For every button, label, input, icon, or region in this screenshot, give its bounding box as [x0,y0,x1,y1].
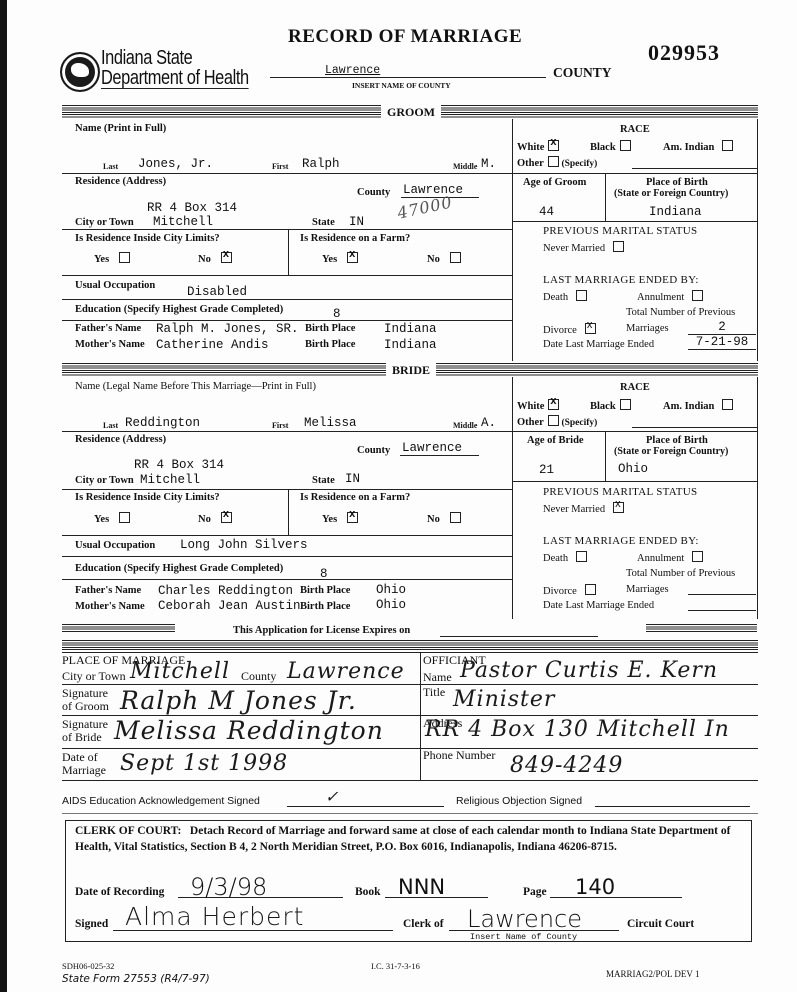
bride-education-label: Education (Specify Highest Grade Complet… [75,563,283,574]
checkbox-checked[interactable] [585,323,596,334]
divider [62,489,512,490]
bride-city-label: City or Town [75,475,134,486]
bride-race-white[interactable]: White [517,399,559,412]
divider [605,431,606,481]
aids-ack-label: AIDS Education Acknowledgement Signed [62,795,260,807]
bride-age[interactable]: 21 [539,463,554,477]
bride-mother-label: Mother's Name [75,601,145,612]
groom-death[interactable]: Death [543,290,587,303]
checkbox[interactable] [692,290,703,301]
groom-father-bp-label: Birth Place [305,323,355,334]
officiant-phone[interactable]: 849-4249 [510,753,623,778]
groom-address[interactable]: RR 4 Box 314 [147,201,237,215]
bride-first-name[interactable]: Melissa [304,416,357,430]
officiant-title[interactable]: Minister [453,687,555,712]
officiant-name[interactable]: Pastor Curtis E. Kern [460,658,718,683]
ceremony-county[interactable]: Lawrence [287,659,405,684]
ceremony-county-label: County [241,669,276,684]
checkbox-checked[interactable] [548,399,559,410]
ic-reference: I.C. 31-7-3-16 [371,961,420,971]
groom-city-limits-no[interactable]: No [198,252,232,265]
divider [62,535,512,536]
bride-first-label: First [272,421,288,430]
bride-farm-no[interactable]: No [427,512,461,525]
groom-father[interactable]: Ralph M. Jones, SR. [156,322,299,336]
bride-race-black[interactable]: Black [590,399,631,412]
recording-date[interactable]: 9/3/98 [190,873,267,901]
groom-city-label: City or Town [75,217,134,228]
bride-race-other[interactable]: Other (Specify) [517,415,597,428]
bride-mother-bp-label: Birth Place [300,601,350,612]
groom-mother-bp[interactable]: Indiana [384,338,437,352]
book-label: Book [355,886,381,898]
bride-last-label: Last [103,421,118,430]
checkbox[interactable] [450,252,461,263]
groom-county-label: County [357,187,390,198]
divider [62,431,512,432]
checkbox-checked[interactable] [548,140,559,151]
dev-reference: MARRIAG2/POL DEV 1 [606,969,700,979]
groom-education[interactable]: 8 [333,307,341,321]
bride-name-label: Name (Legal Name Before This Marriage—Pr… [75,381,316,392]
book-value[interactable]: NNN [398,875,445,899]
bride-middle-label: Middle [453,421,477,430]
bride-county[interactable]: Lawrence [400,441,479,456]
ceremony-city-label: City or Town [62,669,126,684]
divider [420,684,758,685]
officiant-phone-label: Phone Number [423,748,495,763]
divider [512,173,757,174]
bride-city-limits-label: Is Residence Inside City Limits? [75,492,220,503]
aids-ack-line [287,806,444,807]
divider [62,556,512,557]
groom-race-black[interactable]: Black [590,140,631,153]
groom-date-last[interactable]: 7-21-98 [688,335,756,350]
county-label: COUNTY [553,65,612,81]
page-label: Page [523,886,547,898]
bride-never-married[interactable]: Never Married [543,502,624,515]
bride-state-label: State [312,475,335,486]
checkbox[interactable] [585,584,596,595]
bride-marriages-label: Marriages [626,584,669,595]
groom-occupation-label: Usual Occupation [75,280,155,291]
groom-section-title: GROOM [381,105,441,119]
divider [62,579,512,580]
race-specify-line [632,168,757,169]
groom-age[interactable]: 44 [539,205,554,219]
bride-annulment[interactable]: Annulment [637,551,703,564]
groom-farm-yes[interactable]: Yes [322,252,358,265]
groom-race-other[interactable]: Other (Specify) [517,156,597,169]
bride-marriages[interactable] [688,594,756,595]
bride-age-label: Age of Bride [527,435,584,446]
groom-occupation[interactable]: Disabled [187,285,247,299]
groom-signature-label: Signatureof Groom [62,687,109,713]
divider [62,299,512,300]
bride-occupation-label: Usual Occupation [75,540,155,551]
groom-farm-label: Is Residence on a Farm? [300,233,410,244]
county-value: Lawrence [325,64,380,77]
divider [62,780,420,781]
checkbox-checked[interactable] [221,512,232,523]
county-hint: INSERT NAME OF COUNTY [352,81,451,90]
groom-last-name[interactable]: Jones, Jr. [138,157,213,171]
checkbox-checked[interactable] [347,252,358,263]
bride-residence-label: Residence (Address) [75,434,166,445]
divider [62,173,512,174]
bride-city-limits-no[interactable]: No [198,512,232,525]
county-line [270,65,546,78]
groom-race-amindian[interactable]: Am. Indian [663,140,733,153]
bride-father-label: Father's Name [75,585,141,596]
groom-mother-label: Mother's Name [75,339,145,350]
religious-objection-line[interactable] [595,806,750,807]
groom-city-limits-label: Is Residence Inside City Limits? [75,233,220,244]
bride-last-ended-label: LAST MARRIAGE ENDED BY: [543,535,699,547]
groom-pob-hint: (State or Foreign Country) [614,188,728,199]
page-line [550,897,682,898]
groom-race-white[interactable]: White [517,140,559,153]
divider [512,431,757,432]
divider [512,481,757,482]
agency-line-1: Indiana State [101,48,249,68]
groom-farm-no[interactable]: No [427,252,461,265]
groom-first-label: First [272,162,288,171]
groom-residence-label: Residence (Address) [75,176,166,187]
divider [62,275,512,276]
checkbox[interactable] [620,140,631,151]
scan-edge [0,0,7,992]
groom-divider [512,119,513,361]
bride-occupation[interactable]: Long John Silvers [180,538,308,552]
checkbox[interactable] [576,551,587,562]
bride-death[interactable]: Death [543,551,587,564]
divider [420,652,421,781]
clerk-of-county[interactable]: Lawrence [467,905,582,933]
clerk-of-hint: Insert Name of County [470,932,577,942]
clerk-signature[interactable]: Alma Herbert [125,902,304,931]
ruled-bar [62,624,175,633]
groom-date-last-label: Date Last Marriage Ended [543,339,654,350]
bride-section-title: BRIDE [386,363,436,377]
bride-mother-bp[interactable]: Ohio [376,598,406,612]
bride-signature[interactable]: Melissa Reddington [114,716,384,745]
agency-line-2: Department of Health [101,68,249,89]
groom-father-bp[interactable]: Indiana [384,322,437,336]
groom-pob[interactable]: Indiana [649,205,702,219]
bride-date-last[interactable] [688,610,756,611]
groom-name-label: Name (Print in Full) [75,123,166,134]
checkbox[interactable] [548,156,559,167]
bride-pob[interactable]: Ohio [618,462,648,476]
checkbox[interactable] [119,512,130,523]
marriage-date[interactable]: Sept 1st 1998 [120,751,288,776]
groom-age-label: Age of Groom [523,177,586,188]
bride-pob-hint: (State or Foreign Country) [614,446,728,457]
seal-icon [60,52,100,92]
clerk-of-label: Clerk of [403,918,444,930]
groom-last-label: Last [103,162,118,171]
divider [62,229,512,230]
bride-father-bp[interactable]: Ohio [376,583,406,597]
groom-pob-label: Place of Birth [646,177,708,188]
groom-mother-bp-label: Birth Place [305,339,355,350]
divider [288,229,289,275]
groom-education-label: Education (Specify Highest Grade Complet… [75,304,283,315]
bride-city[interactable]: Mitchell [140,473,200,487]
bride-middle-name[interactable]: A. [481,416,496,430]
checkbox[interactable] [722,140,733,151]
bride-mother[interactable]: Ceborah Jean Austin [158,599,301,613]
form-code: SDH06-025-32 [62,961,114,971]
bride-divider [512,377,513,619]
bride-city-limits-yes[interactable]: Yes [94,512,130,525]
aids-ack-checkmark[interactable]: ✓ [325,787,339,806]
groom-state[interactable]: IN [349,215,364,229]
checkbox[interactable] [119,252,130,263]
groom-marriages[interactable]: 2 [688,320,756,335]
bride-race-label: RACE [620,382,650,393]
divider [62,813,758,814]
license-expires-label: This Application for License Expires on [233,625,410,636]
groom-signature[interactable]: Ralph M Jones Jr. [120,686,357,715]
page-value[interactable]: 140 [575,875,615,899]
checkbox[interactable] [450,512,461,523]
checkbox-checked[interactable] [613,502,624,513]
checkbox[interactable] [620,399,631,410]
groom-father-label: Father's Name [75,323,141,334]
divider [420,780,758,781]
divider [512,221,757,222]
bride-total-prev-label: Total Number of Previous [626,568,735,579]
ruled-bar [646,624,757,633]
checkbox-checked[interactable] [347,512,358,523]
bride-county-label: County [357,445,390,456]
groom-state-label: State [312,217,335,228]
groom-race-label: RACE [620,124,650,135]
divider [605,173,606,221]
clerk-instructions: CLERK OF COURT: Detach Record of Marriag… [75,823,747,855]
race-specify-line [632,427,757,428]
divider [288,489,289,535]
groom-annulment[interactable]: Annulment [637,290,703,303]
marriage-date-label: Date ofMarriage [62,751,106,777]
license-expires-line [440,636,598,637]
recording-date-label: Date of Recording [75,886,164,898]
groom-mother[interactable]: Catherine Andis [156,338,269,352]
bride-father-bp-label: Birth Place [300,585,350,596]
license-expires-field[interactable] [440,622,598,636]
checkbox-checked[interactable] [221,252,232,263]
bride-prev-status-label: PREVIOUS MARITAL STATUS [543,486,697,498]
bride-divorce[interactable]: Divorce [543,584,596,597]
checkbox[interactable] [692,551,703,562]
bride-last-name[interactable]: Reddington [125,416,200,430]
bride-signature-label: Signatureof Bride [62,718,108,744]
bride-farm-label: Is Residence on a Farm? [300,492,410,503]
signed-label: Signed [75,918,108,930]
divider [62,748,420,749]
groom-middle-name[interactable]: M. [481,157,496,171]
officiant-address[interactable]: RR 4 Box 130 Mitchell In [425,717,730,742]
circuit-court-label: Circuit Court [627,918,694,930]
checkbox[interactable] [548,415,559,426]
bride-father[interactable]: Charles Reddington [158,584,293,598]
groom-middle-label: Middle [453,162,477,171]
groom-last-ended-label: LAST MARRIAGE ENDED BY: [543,274,699,286]
officiant-name-label: Name [423,670,452,685]
groom-marriages-label: Marriages [626,323,669,334]
groom-right-border [757,119,758,361]
bride-pob-label: Place of Birth [646,435,708,446]
groom-never-married[interactable]: Never Married [543,241,624,254]
religious-objection-label: Religious Objection Signed [456,795,582,807]
state-form: State Form 27553 (R4/7-97) [62,973,210,985]
checkbox[interactable] [613,241,624,252]
bride-race-amindian[interactable]: Am. Indian [663,399,733,412]
page-title: RECORD OF MARRIAGE [288,26,522,48]
agency-name: Indiana State Department of Health [101,48,249,89]
checkbox[interactable] [722,399,733,410]
ceremony-city[interactable]: Mitchell [130,659,230,684]
officiant-title-label: Title [423,685,445,700]
groom-divorce[interactable]: Divorce [543,323,596,336]
bride-right-border [757,377,758,619]
checkbox[interactable] [576,290,587,301]
groom-city-limits-yes[interactable]: Yes [94,252,130,265]
groom-total-prev-label: Total Number of Previous [626,307,735,318]
bride-date-last-label: Date Last Marriage Ended [543,600,654,611]
groom-first-name[interactable]: Ralph [302,157,340,171]
groom-prev-status-label: PREVIOUS MARITAL STATUS [543,225,697,237]
groom-city[interactable]: Mitchell [153,215,213,229]
ruled-bar [62,640,758,650]
record-number: 029953 [648,40,720,66]
bride-farm-yes[interactable]: Yes [322,512,358,525]
bride-state[interactable]: IN [345,472,360,486]
bride-address[interactable]: RR 4 Box 314 [134,458,224,472]
